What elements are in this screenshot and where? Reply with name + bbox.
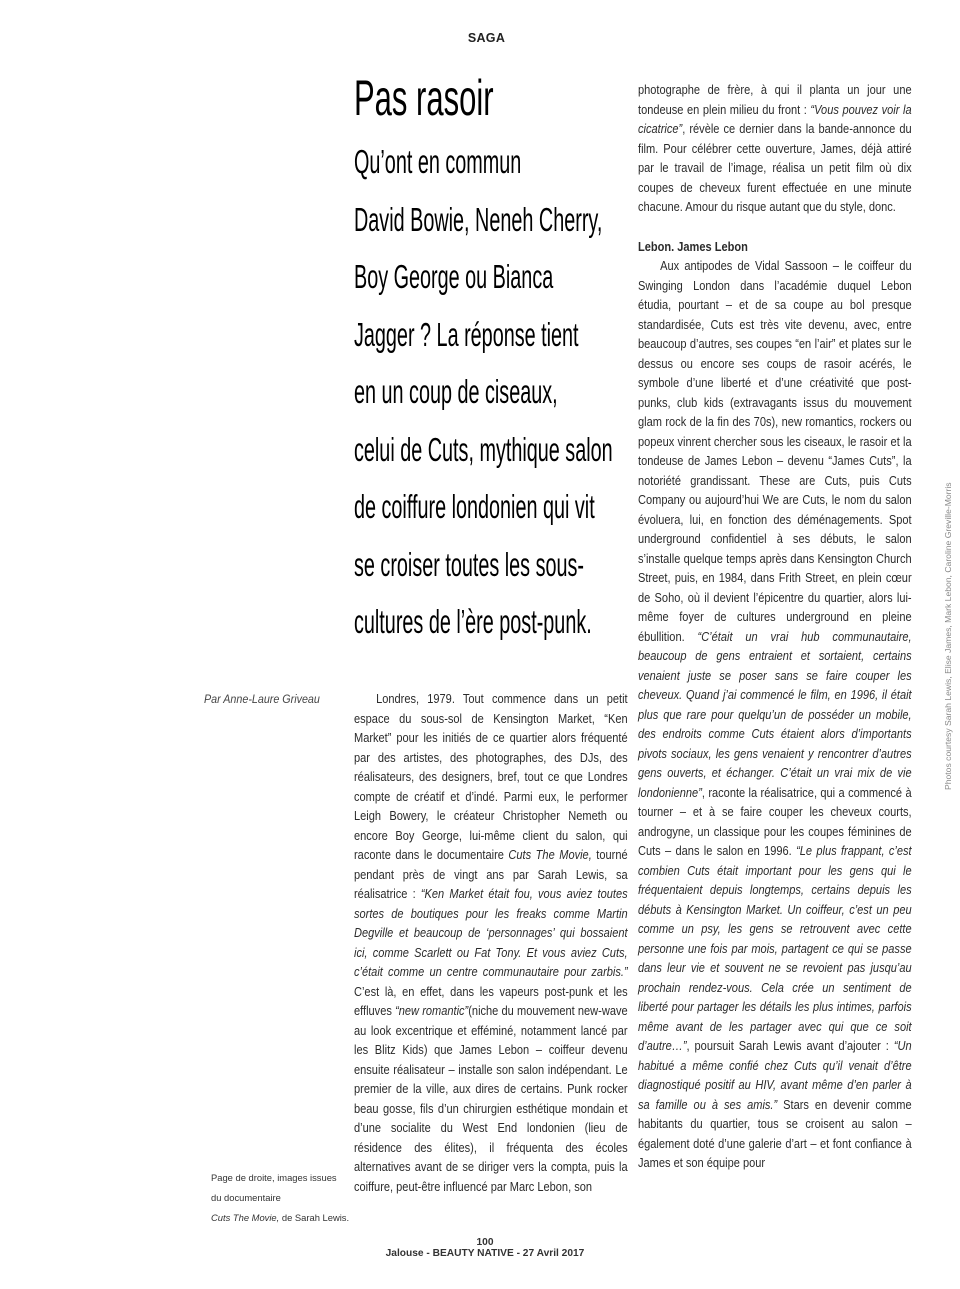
body-paragraph: photographe de frère, à qui il planta un… (638, 81, 912, 218)
photo-credit: Photos courtesy Sarah Lewis, Elise James… (943, 482, 953, 790)
deck-line: David Bowie, Neneh Cherry, (354, 198, 602, 242)
page-footer: 100 Jalouse - BEAUTY NATIVE - 27 Avril 2… (0, 1237, 960, 1259)
article-title: Pas rasoir (354, 70, 579, 126)
deck-line: de coiffure londonien qui vit (354, 485, 595, 529)
deck-line: cultures de l’ère post-punk. (354, 600, 592, 644)
body-paragraph: Londres, 1979. Tout commence dans un pet… (354, 690, 628, 1197)
deck-line: se croiser toutes les sous- (354, 543, 584, 587)
body-text: (niche du mouvement new-wave au look exc… (354, 1004, 628, 1194)
quote: “Le plus frappant, c’est combien Cuts ét… (638, 844, 912, 1053)
body-text: Aux antipodes de Vidal Sassoon – le coif… (638, 259, 912, 644)
deck-line: celui de Cuts, mythique salon (354, 428, 613, 472)
caption-film-title: Cuts The Movie, (211, 1212, 279, 1223)
quote: “new roman­tic” (395, 1004, 468, 1018)
deck-line: en un coup de ciseaux, (354, 370, 558, 414)
body-column-left: Londres, 1979. Tout commence dans un pet… (354, 690, 628, 1197)
deck-line: Jagger ? La réponse tient (354, 313, 579, 357)
caption-line: Cuts The Movie, de Sarah Lewis. (211, 1208, 351, 1228)
deck-line: Qu’ont en commun (354, 140, 521, 184)
article-title-text: Pas rasoir (354, 70, 494, 126)
deck-line: Boy George ou Bianca (354, 255, 553, 299)
caption-line: Page de droite, images issues (211, 1168, 351, 1188)
body-text: Londres, 1979. Tout commence dans un pet… (354, 692, 628, 862)
caption-line: du documentaire (211, 1188, 351, 1208)
body-column-right: photographe de frère, à qui il planta un… (638, 81, 912, 1174)
film-title: Cuts The Movie, (508, 848, 591, 862)
article-deck: Qu’ont en commun David Bowie, Neneh Cher… (354, 140, 634, 658)
byline: Par Anne-Laure Griveau (204, 692, 320, 706)
body-text: , poursuit Sarah Lewis avant d’ajouter : (686, 1039, 893, 1053)
photo-caption: Page de droite, images issues du documen… (211, 1168, 351, 1228)
section-subheading: Lebon. James Lebon (638, 238, 912, 258)
page-number: 100 (0, 1237, 960, 1248)
quote: “C’était un vrai hub communautaire, beau… (638, 630, 912, 800)
caption-credit: de Sarah Lewis. (279, 1212, 349, 1223)
publication-info: Jalouse - BEAUTY NATIVE - 27 Avril 2017 (0, 1248, 960, 1259)
section-label: SAGA (0, 31, 960, 45)
body-paragraph: Aux antipodes de Vidal Sassoon – le coif… (638, 257, 912, 1174)
